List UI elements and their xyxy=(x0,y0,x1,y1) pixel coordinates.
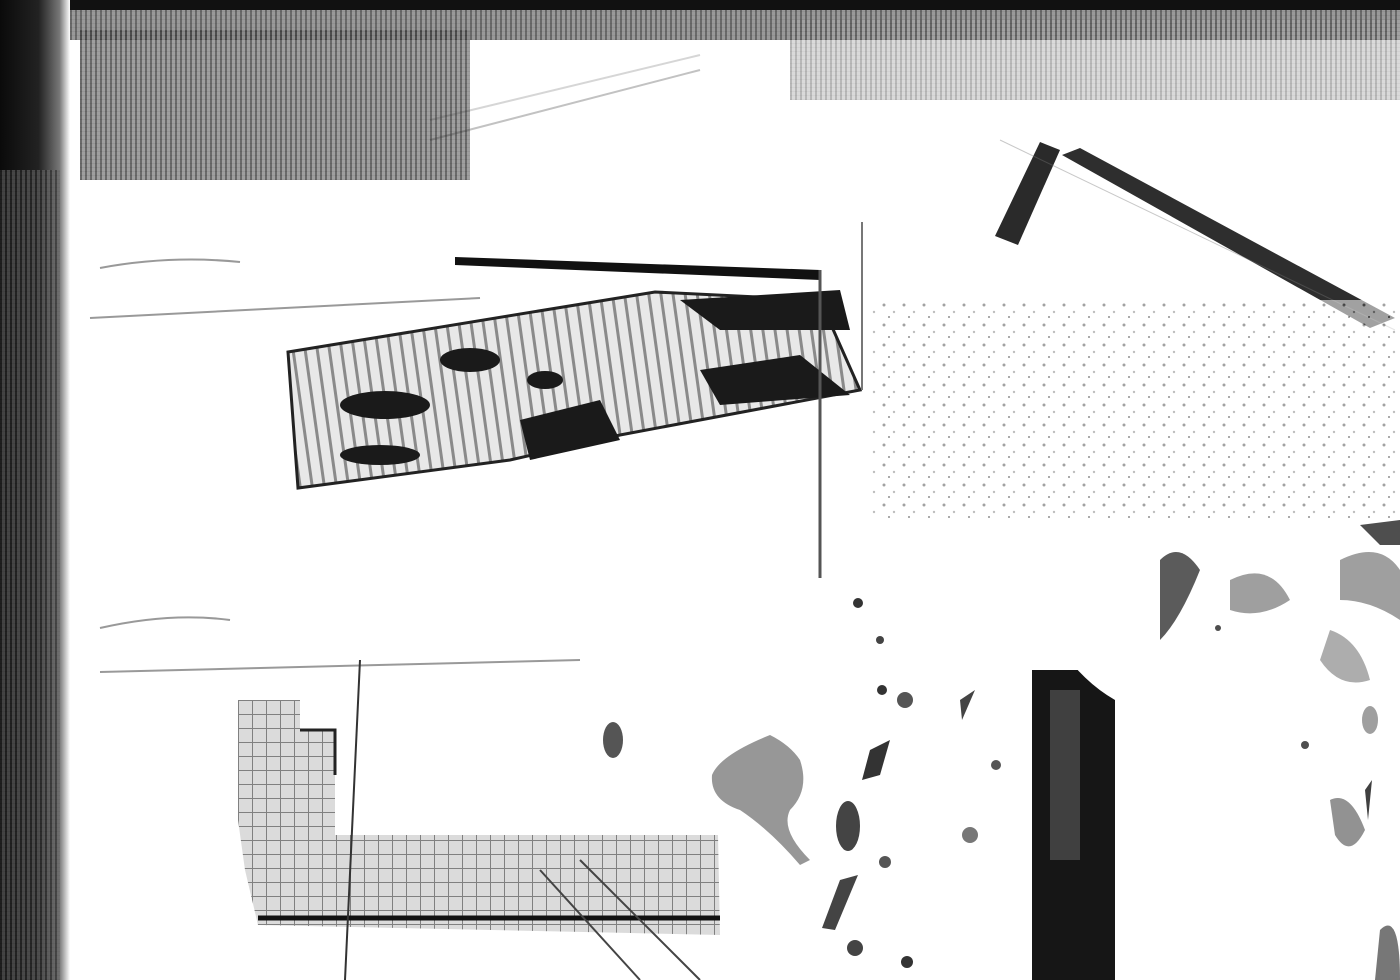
speckled-area xyxy=(870,300,1400,520)
collage-texture: Abstract black-and-white grunge photocop… xyxy=(0,0,1400,980)
bottom-left-grid-block xyxy=(238,700,720,935)
dark-horizontal-bar xyxy=(455,257,820,280)
diagonal-ruler-bar xyxy=(995,142,1060,245)
collage-vector-layer xyxy=(0,0,1400,980)
